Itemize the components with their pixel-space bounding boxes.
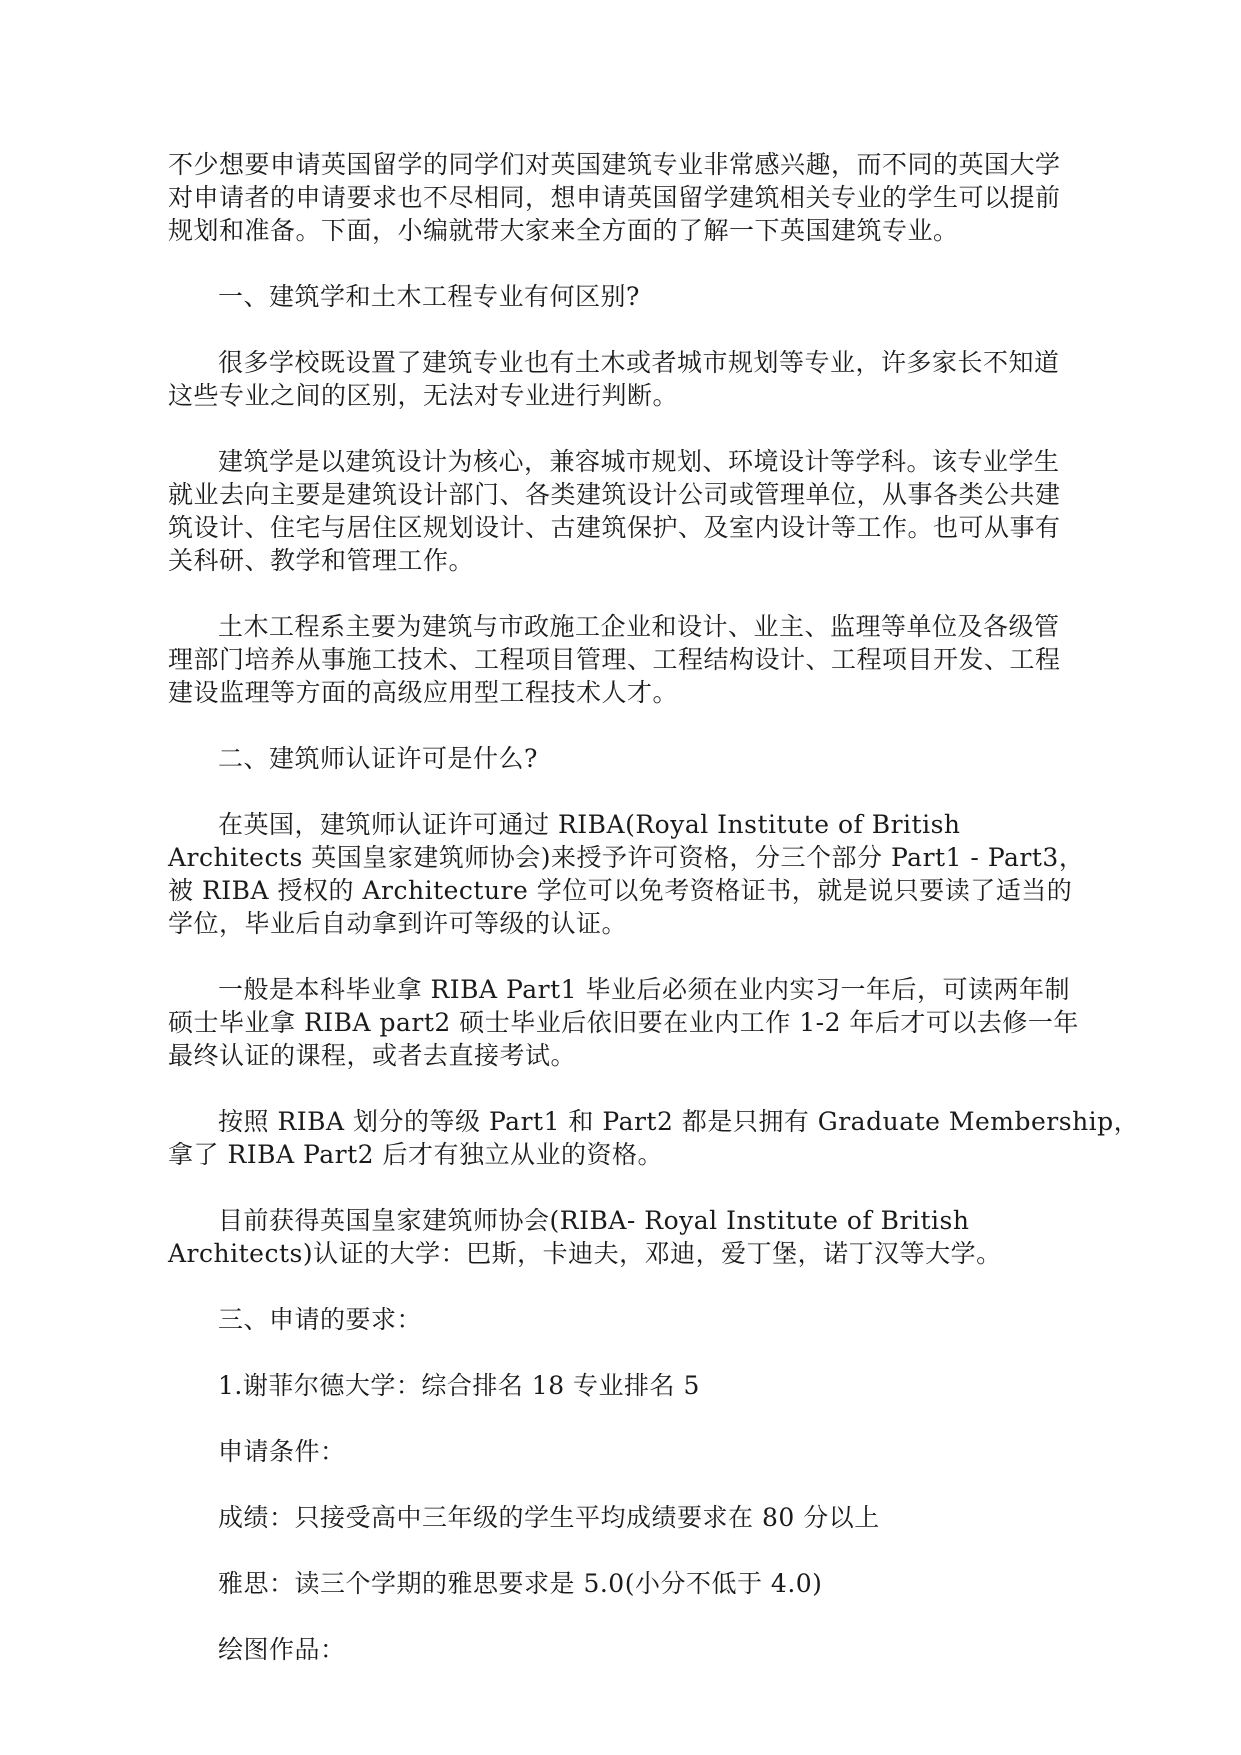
text-line: 理部门培养从事施工技术、工程项目管理、工程结构设计、工程项目开发、工程 [168, 643, 1068, 676]
text-line: 一般是本科毕业拿 RIBA Part1 毕业后必须在业内实习一年后，可读两年制 [168, 973, 1068, 1006]
section-2-paragraph-4: 目前获得英国皇家建筑师协会(RIBA- Royal Institute of B… [168, 1204, 1068, 1270]
section-2-heading: 二、建筑师认证许可是什么? [168, 742, 1068, 775]
text-line: 拿了 RIBA Part2 后才有独立从业的资格。 [168, 1138, 1068, 1171]
intro-paragraph: 不少想要申请英国留学的同学们对英国建筑专业非常感兴趣，而不同的英国大学 对申请者… [168, 148, 1068, 247]
text-line: 硕士毕业拿 RIBA part2 硕士毕业后依旧要在业内工作 1-2 年后才可以… [168, 1006, 1068, 1039]
text-line: 不少想要申请英国留学的同学们对英国建筑专业非常感兴趣，而不同的英国大学 [168, 148, 1068, 181]
ielts-requirement: 雅思：读三个学期的雅思要求是 5.0(小分不低于 4.0) [168, 1567, 1068, 1600]
section-1-paragraph-3: 土木工程系主要为建筑与市政施工企业和设计、业主、监理等单位及各级管 理部门培养从… [168, 610, 1068, 709]
portfolio-label: 绘图作品： [168, 1633, 1068, 1666]
text-line: 土木工程系主要为建筑与市政施工企业和设计、业主、监理等单位及各级管 [168, 610, 1068, 643]
section-2-paragraph-2: 一般是本科毕业拿 RIBA Part1 毕业后必须在业内实习一年后，可读两年制 … [168, 973, 1068, 1072]
section-2-paragraph-3: 按照 RIBA 划分的等级 Part1 和 Part2 都是只拥有 Gradua… [168, 1105, 1068, 1171]
text-line: 这些专业之间的区别，无法对专业进行判断。 [168, 379, 1068, 412]
document-page: 不少想要申请英国留学的同学们对英国建筑专业非常感兴趣，而不同的英国大学 对申请者… [168, 148, 1068, 1699]
section-1-paragraph-2: 建筑学是以建筑设计为核心，兼容城市规划、环境设计等学科。该专业学生 就业去向主要… [168, 445, 1068, 577]
text-line: 目前获得英国皇家建筑师协会(RIBA- Royal Institute of B… [168, 1204, 1068, 1237]
text-line: Architects)认证的大学：巴斯，卡迪夫，邓迪，爱丁堡，诺丁汉等大学。 [168, 1237, 1068, 1270]
grades-requirement: 成绩：只接受高中三年级的学生平均成绩要求在 80 分以上 [168, 1501, 1068, 1534]
text-line: 学位，毕业后自动拿到许可等级的认证。 [168, 907, 1068, 940]
university-item: 1.谢菲尔德大学：综合排名 18 专业排名 5 [168, 1369, 1068, 1402]
conditions-label: 申请条件： [168, 1435, 1068, 1468]
text-line: 最终认证的课程，或者去直接考试。 [168, 1039, 1068, 1072]
section-3-heading: 三、申请的要求： [168, 1303, 1068, 1336]
text-line: 按照 RIBA 划分的等级 Part1 和 Part2 都是只拥有 Gradua… [168, 1105, 1068, 1138]
text-line: 就业去向主要是建筑设计部门、各类建筑设计公司或管理单位，从事各类公共建 [168, 478, 1068, 511]
text-line: 关科研、教学和管理工作。 [168, 544, 1068, 577]
text-line: 对申请者的申请要求也不尽相同，想申请英国留学建筑相关专业的学生可以提前 [168, 181, 1068, 214]
text-line: 被 RIBA 授权的 Architecture 学位可以免考资格证书，就是说只要… [168, 874, 1068, 907]
text-line: 在英国，建筑师认证许可通过 RIBA(Royal Institute of Br… [168, 808, 1068, 841]
text-line: 建设监理等方面的高级应用型工程技术人才。 [168, 676, 1068, 709]
text-line: 很多学校既设置了建筑专业也有土木或者城市规划等专业，许多家长不知道 [168, 346, 1068, 379]
section-1-paragraph-1: 很多学校既设置了建筑专业也有土木或者城市规划等专业，许多家长不知道 这些专业之间… [168, 346, 1068, 412]
section-2-paragraph-1: 在英国，建筑师认证许可通过 RIBA(Royal Institute of Br… [168, 808, 1068, 940]
text-line: 规划和准备。下面，小编就带大家来全方面的了解一下英国建筑专业。 [168, 214, 1068, 247]
text-line: 建筑学是以建筑设计为核心，兼容城市规划、环境设计等学科。该专业学生 [168, 445, 1068, 478]
text-line: 筑设计、住宅与居住区规划设计、古建筑保护、及室内设计等工作。也可从事有 [168, 511, 1068, 544]
section-1-heading: 一、建筑学和土木工程专业有何区别? [168, 280, 1068, 313]
text-line: Architects 英国皇家建筑师协会)来授予许可资格，分三个部分 Part1… [168, 841, 1068, 874]
